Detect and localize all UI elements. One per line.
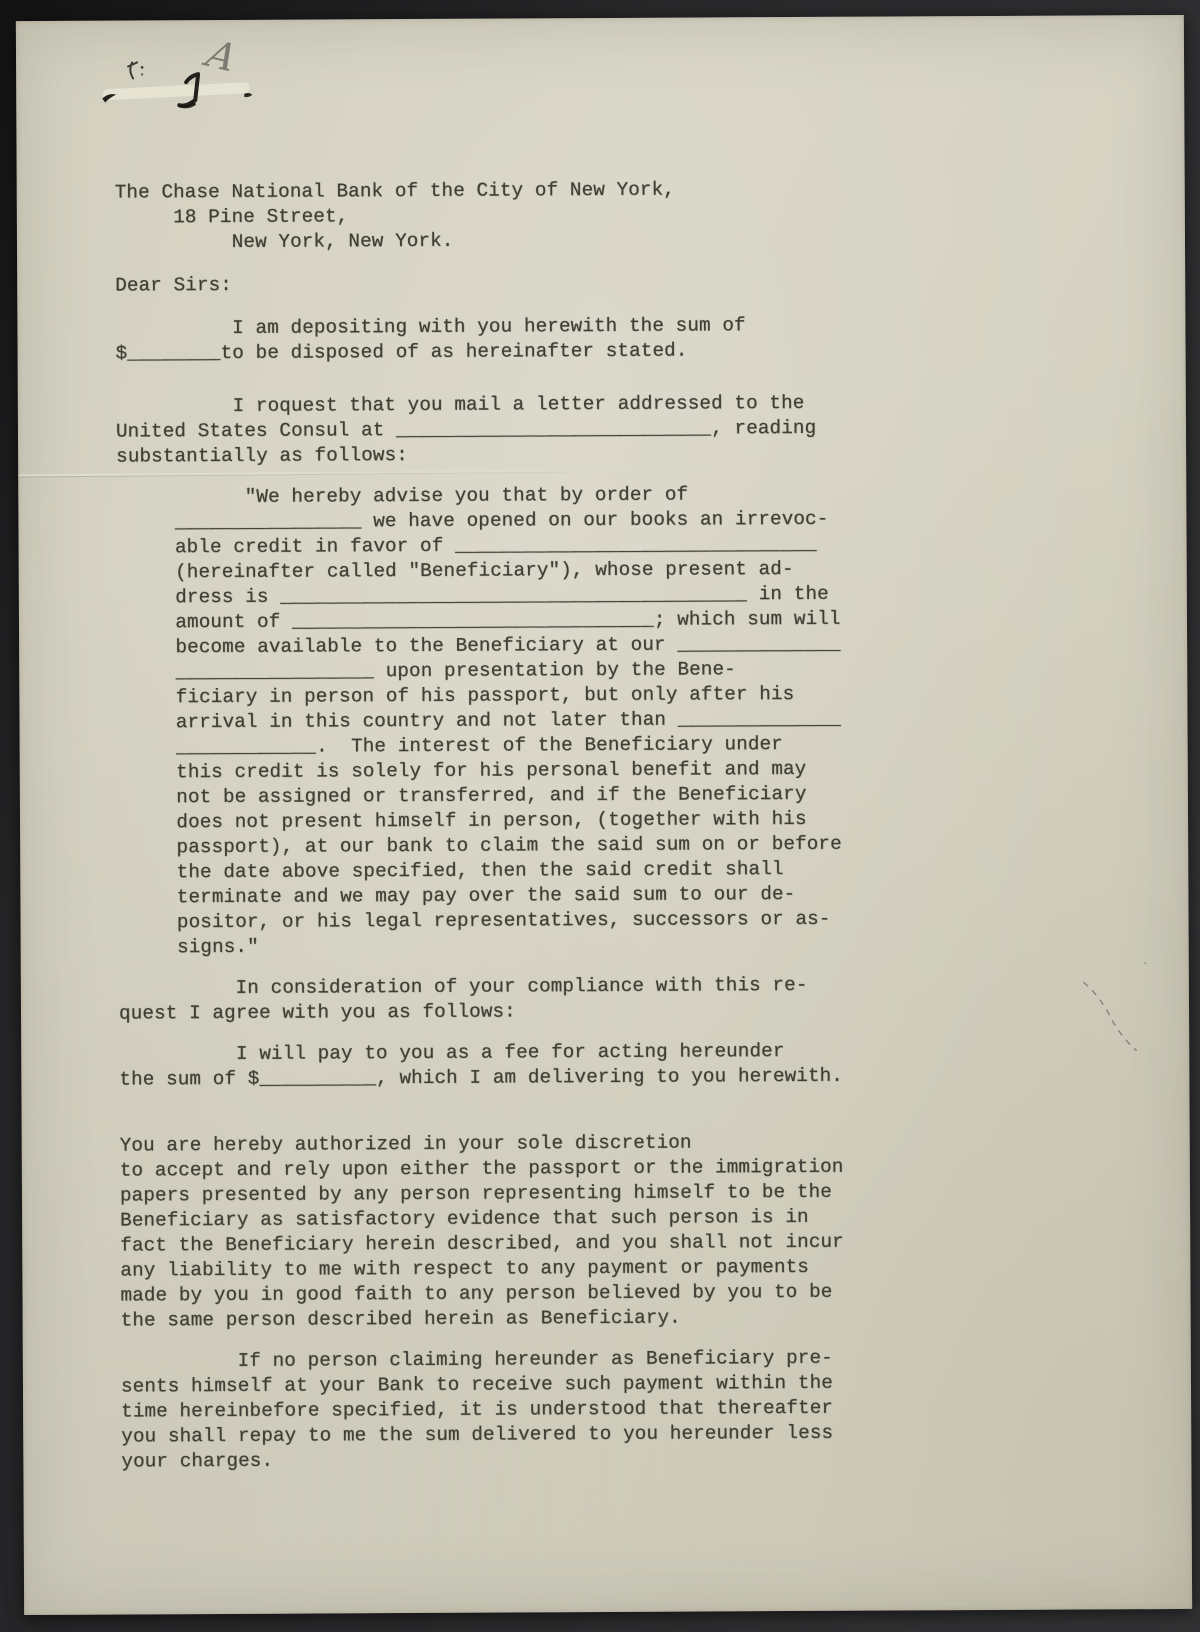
text-line: made by you in good faith to any person … — [120, 1279, 900, 1308]
paragraph-salutation: Dear Sirs: — [115, 269, 895, 298]
typed-letter-text: The Chase National Bank of the City of N… — [115, 176, 902, 1490]
paragraph-recipient-address: The Chase National Bank of the City of N… — [115, 176, 895, 255]
text-line: United States Consul at ________________… — [116, 415, 896, 444]
paragraph-request-paragraph: I roquest that you mail a letter address… — [116, 390, 896, 469]
text-line — [119, 1088, 899, 1117]
ink-scrawl-mark — [94, 36, 274, 117]
paragraph-fee-paragraph: I will pay to you as a fee for acting he… — [119, 1038, 899, 1117]
paragraph-deposit-paragraph: I am depositing with you herewith the su… — [115, 312, 895, 366]
text-line: substantially as follows: — [116, 440, 896, 469]
text-line: New York, New York. — [115, 226, 895, 255]
paragraph-quoted-credit-letter: "We hereby advise you that by order of _… — [116, 481, 898, 960]
paragraph-consideration-paragraph: In consideration of your compliance with… — [119, 972, 899, 1026]
text-line: signs." — [119, 931, 899, 960]
text-line: In consideration of your compliance with… — [119, 972, 899, 1001]
text-line: the same person described herein as Bene… — [121, 1304, 901, 1333]
text-line: quest I agree with you as follows: — [119, 997, 899, 1026]
scratch-mark — [1066, 940, 1167, 1061]
text-line: your charges. — [121, 1445, 901, 1474]
text-line: the sum of $__________, which I am deliv… — [119, 1063, 899, 1092]
text-line: Dear Sirs: — [115, 269, 895, 298]
paragraph-authorization-paragraph: You are hereby authorized in your sole d… — [120, 1129, 901, 1333]
paragraph-repayment-paragraph: If no person claiming hereunder as Benef… — [121, 1345, 902, 1474]
text-line: become available to the Beneficiary at o… — [117, 631, 897, 660]
letter-paper: A The Chase National Bank of the City of… — [16, 15, 1192, 1615]
text-line: you shall repay to me the sum delivered … — [121, 1420, 901, 1449]
text-line: $________to be disposed of as hereinafte… — [116, 337, 896, 366]
text-line: positor, or his legal representatives, s… — [118, 906, 898, 935]
